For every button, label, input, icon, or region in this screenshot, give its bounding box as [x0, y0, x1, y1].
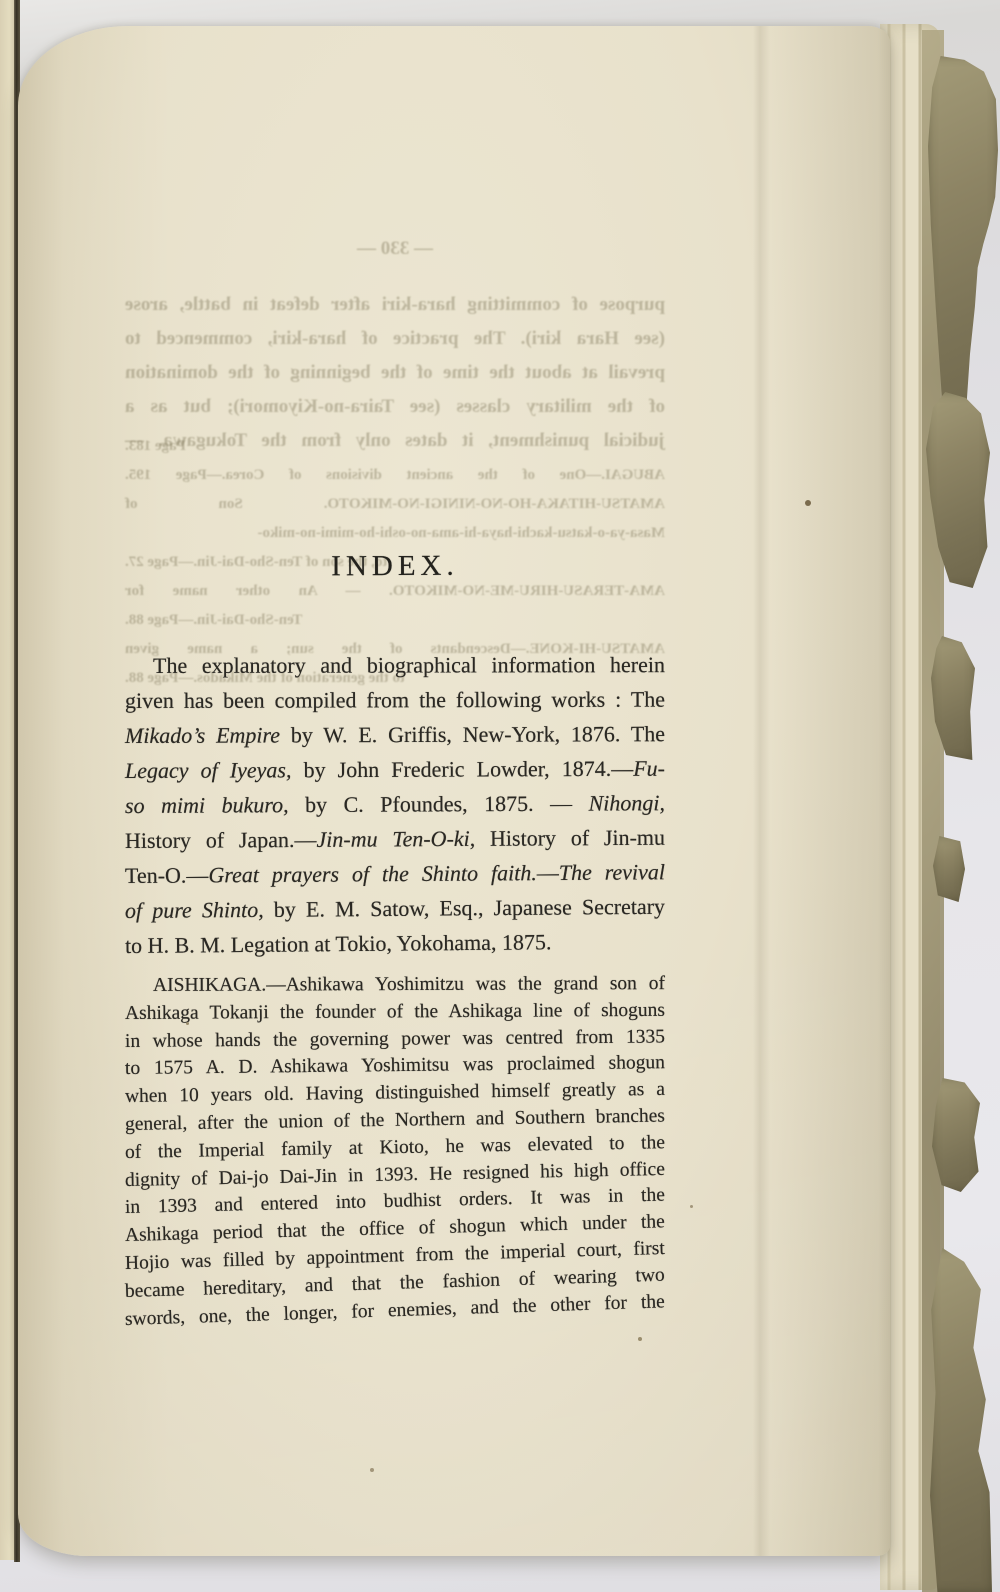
text-line: given has been compiled from the followi…	[125, 682, 665, 718]
bleedthrough-line: Masa-ya-o-katsu-kachi-haya-hi-ama-no-osh…	[125, 519, 665, 548]
text-line: Ashikaga Tokanji the founder of the Ashi…	[125, 997, 665, 1028]
bleed-page-number: — 330 —	[125, 238, 665, 260]
bleedthrough-line: purpose of committing hara-kiri after de…	[125, 288, 665, 322]
paper-speck	[690, 1205, 693, 1208]
text-line: Ten-O.—Great prayers of the Shinto faith…	[125, 854, 665, 893]
bleedthrough-line: Page 183.	[125, 432, 665, 461]
binding-fragment	[933, 836, 965, 902]
bleedthrough-line: AMATSU-HITAKA-HO-NO-NINIGI-NO-MIKOTO. So…	[125, 490, 665, 519]
text-line: of pure Shinto, by E. M. Satow, Esq., Ja…	[125, 889, 665, 928]
intro-paragraph: The explanatory and biographical informa…	[125, 648, 665, 963]
page-title: INDEX.	[125, 549, 665, 584]
book-photo: — 330 — purpose of committing hara-kiri …	[0, 0, 1000, 1592]
page: — 330 — purpose of committing hara-kiri …	[18, 26, 890, 1556]
text-line: AISHIKAGA.—Ashikawa Yoshimitzu was the g…	[125, 970, 665, 1000]
bleedthrough-line: of the military classes (see Taira-no-Ki…	[125, 390, 665, 424]
entry-paragraph: AISHIKAGA.—Ashikawa Yoshimitzu was the g…	[125, 972, 665, 1333]
text-line: Legacy of Iyeyas, by John Frederic Lowde…	[125, 751, 665, 788]
binding-fragment	[930, 1248, 992, 1592]
paper-speck	[805, 500, 811, 506]
paper-speck	[186, 1022, 189, 1025]
paper-speck	[638, 1337, 642, 1341]
binding-fragment	[932, 1078, 980, 1192]
bleedthrough-line: prevail at about the time of the beginni…	[125, 356, 665, 390]
text-line: Mikado’s Empire by W. E. Griffis, New-Yo…	[125, 716, 665, 753]
text-line: History of Japan.—Jin-mu Ten-O-ki, Histo…	[125, 820, 665, 858]
bleedthrough-line: ABUGAI.—One of the ancient divisions of …	[125, 461, 665, 490]
text-line: so mimi bukuro, by C. Pfoundes, 1875. — …	[125, 785, 665, 823]
text-line: to H. B. M. Legation at Tokio, Yokohama,…	[125, 923, 665, 963]
text-line: The explanatory and biographical informa…	[125, 647, 665, 683]
bleedthrough-line: Ten-Sho-Dai-Jin.—Page 88.	[125, 606, 665, 635]
bleedthrough-line: (see Hara kiri). The practice of hara-ki…	[125, 322, 665, 356]
paper-speck	[370, 1468, 374, 1472]
